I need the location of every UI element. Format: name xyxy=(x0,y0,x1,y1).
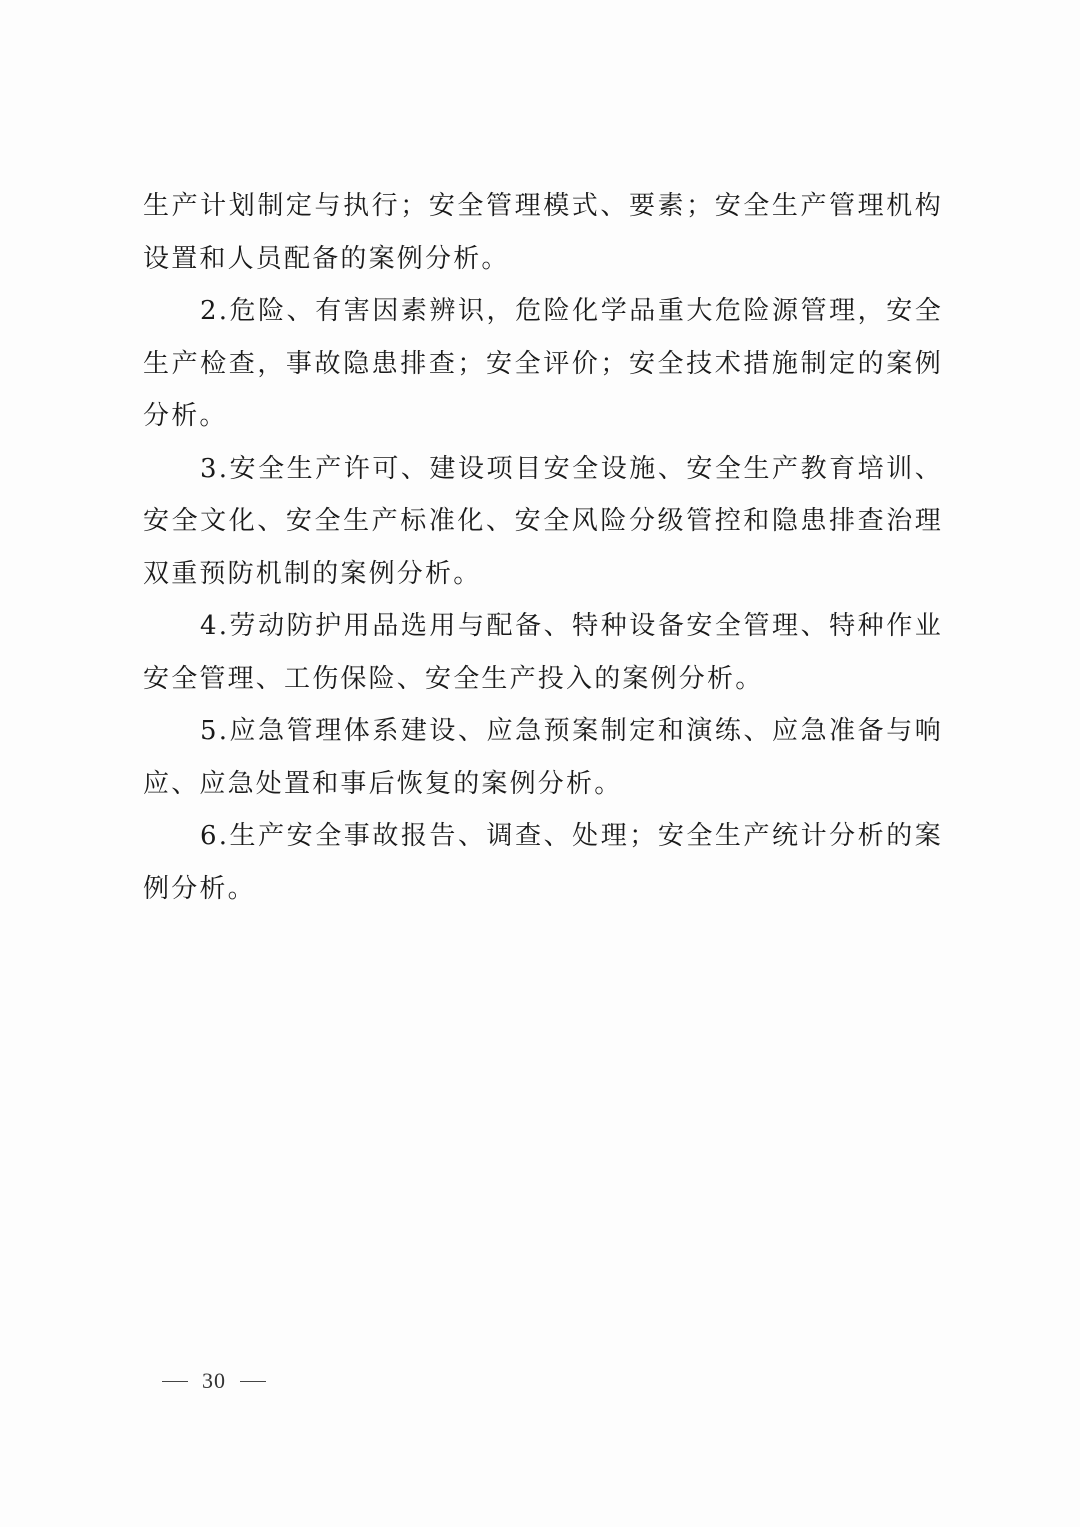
paragraph-item-2: 2.危险、有害因素辨识，危险化学品重大危险源管理，安全生产检查，事故隐患排查；安… xyxy=(143,285,943,443)
paragraph-item-4: 4.劳动防护用品选用与配备、特种设备安全管理、特种作业安全管理、工伤保险、安全生… xyxy=(143,600,943,705)
paragraph-item-6: 6.生产安全事故报告、调查、处理；安全生产统计分析的案例分析。 xyxy=(143,810,943,915)
paragraph-item-5: 5.应急管理体系建设、应急预案制定和演练、应急准备与响应、应急处置和事后恢复的案… xyxy=(143,705,943,810)
document-page: 生产计划制定与执行；安全管理模式、要素；安全生产管理机构设置和人员配备的案例分析… xyxy=(0,0,1080,1527)
right-dash xyxy=(240,1381,266,1382)
page-number: 30 xyxy=(202,1368,226,1394)
paragraph-continuation: 生产计划制定与执行；安全管理模式、要素；安全生产管理机构设置和人员配备的案例分析… xyxy=(143,180,943,285)
page-footer: 30 xyxy=(162,1368,266,1394)
paragraph-item-3: 3.安全生产许可、建设项目安全设施、安全生产教育培训、安全文化、安全生产标准化、… xyxy=(143,443,943,601)
left-dash xyxy=(162,1381,188,1382)
body-text: 生产计划制定与执行；安全管理模式、要素；安全生产管理机构设置和人员配备的案例分析… xyxy=(143,180,943,915)
